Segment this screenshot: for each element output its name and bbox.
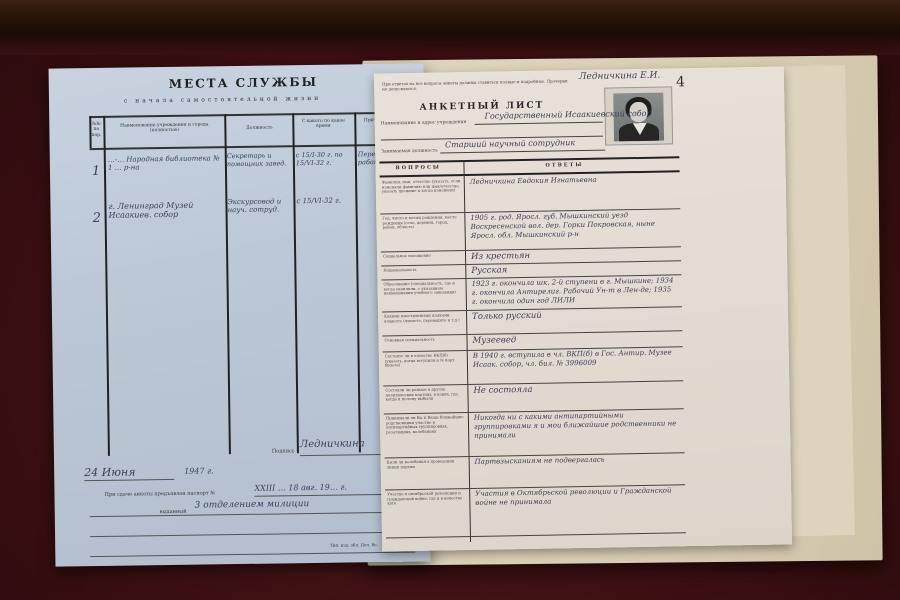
row-period: с 15/VI-32 г.: [296, 196, 354, 205]
printer-mark: Тип. изд. обл. Печ. Вс.: [330, 542, 378, 548]
answer-handwritten: Никогда ни с какими антипартийными групп…: [474, 410, 679, 440]
column-header-questions: ВОПРОСЫ: [395, 164, 441, 171]
answer-handwritten: В 1940 г. вступила в чл. ВКП(б) в Гос. А…: [473, 348, 678, 369]
question-label: Состоите ли в членстве ВКП(б) (указать, …: [385, 353, 465, 369]
signature-label: Подпись: [272, 448, 295, 454]
row-position: Секретарь и помощник завед.: [227, 151, 293, 168]
question-label: Год, число и месяц рождения, место рожде…: [382, 215, 462, 231]
row-divider: [386, 532, 686, 538]
places-of-service-page: МЕСТА СЛУЖБЫ с начала самостоятельной жи…: [49, 63, 431, 566]
signature: Ледничкина: [300, 438, 365, 450]
passport-label: При сдаче анкеты предъявлен паспорт №: [104, 490, 215, 498]
year: 1947 г.: [184, 466, 214, 475]
question-label: Национальность: [383, 267, 463, 273]
question-label: Социальное положение: [383, 253, 463, 259]
answer-handwritten: Ледничкина Евдокия Игнатьевна: [470, 174, 675, 186]
page-number: 4: [676, 74, 685, 90]
position-label: Занимаемая должность: [381, 149, 438, 156]
answer-handwritten: Музеевед: [472, 332, 677, 346]
question-label: Основная специальность: [384, 337, 464, 343]
row-position: Экскурсовод и науч. сотруд.: [227, 197, 293, 214]
question-label: Фамилия, имя, отчество (указать, если из…: [382, 179, 462, 195]
date-handwritten: 24 Июня: [84, 465, 135, 479]
answer-handwritten: Не состояла: [473, 382, 678, 396]
column-header-position: Должность: [229, 125, 289, 131]
row-number: 2: [93, 211, 101, 226]
row-institution: г. Ленинград Музей Исаакиев. собор: [108, 200, 223, 220]
column-header-number: №№ по пор.: [90, 122, 102, 138]
row-number: 1: [92, 164, 100, 179]
row-institution: …-… Народная библиотека № 1 … р-на: [108, 154, 223, 172]
question-label: Были ли колебания в проведении линии пар…: [387, 459, 467, 470]
page-subtitle: с начала самостоятельной жизни: [124, 95, 321, 105]
institution-label: Наименование и адрес учреждения: [381, 120, 467, 127]
answer-handwritten: 1923 г. окончила шк. 2-й ступени в г. Мы…: [471, 276, 676, 306]
question-label: Состояли ли раньше в других политических…: [385, 387, 465, 403]
column-header-institution: Наименование учреждения и города (полнос…: [107, 122, 221, 134]
answer-handwritten: 1905 г. род. Яросл. губ. Мышкинский уезд…: [470, 210, 675, 240]
question-label: Принимали ли Вы и Ваши ближайшие родстве…: [386, 415, 466, 435]
passport-value: XXIII … 18 авг. 19… г.: [254, 483, 347, 493]
instructions-note: При ответах на все вопросы анкеты должны…: [382, 78, 572, 92]
row-period: с 15/I-30 г. по 15/VI-32 г.: [296, 150, 354, 167]
position-value: Старший научный сотрудник: [445, 138, 575, 149]
page-title: МЕСТА СЛУЖБЫ: [169, 75, 318, 91]
answer-handwritten: Участия в Октябрьской революции и Гражда…: [475, 486, 680, 507]
questionnaire-page: При ответах на все вопросы анкеты должны…: [374, 66, 792, 551]
column-header-period: С какого по какое время: [296, 118, 350, 130]
column-header-answers: ОТВЕТЫ: [545, 162, 583, 169]
display-case-frame: [0, 0, 900, 55]
corner-name: Ледничкина Е.И.: [579, 71, 661, 82]
service-table: №№ по пор. Наименование учреждения и гор…: [89, 111, 424, 456]
question-label: Образование (специальность, где и когда …: [384, 281, 464, 297]
question-label: Какими иностранными языками владеете (чи…: [384, 313, 464, 324]
question-label: Участие в октябрьской революции и гражда…: [387, 491, 467, 507]
answer-handwritten: Только русский: [472, 308, 677, 322]
issued-value: 3 отделением милиции: [195, 499, 310, 511]
